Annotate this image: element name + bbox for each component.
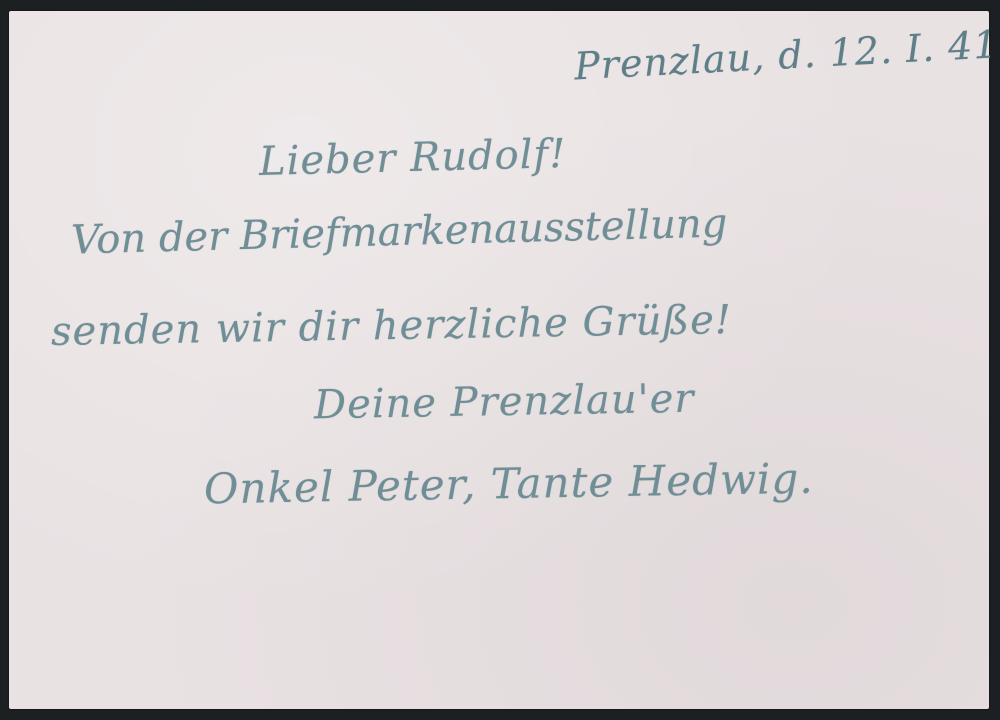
- signature: Onkel Peter, Tante Hedwig.: [204, 454, 814, 514]
- date-line: Prenzlau, d. 12. I. 41.: [573, 22, 1000, 89]
- greeting: Lieber Rudolf!: [258, 131, 566, 185]
- closing: Deine Prenzlau'er: [314, 376, 695, 429]
- body-line-2: senden wir dir herzliche Grüße!: [51, 297, 733, 355]
- postcard: Prenzlau, d. 12. I. 41. Lieber Rudolf! V…: [9, 11, 989, 709]
- body-line-1: Von der Briefmarkenausstellung: [71, 200, 728, 263]
